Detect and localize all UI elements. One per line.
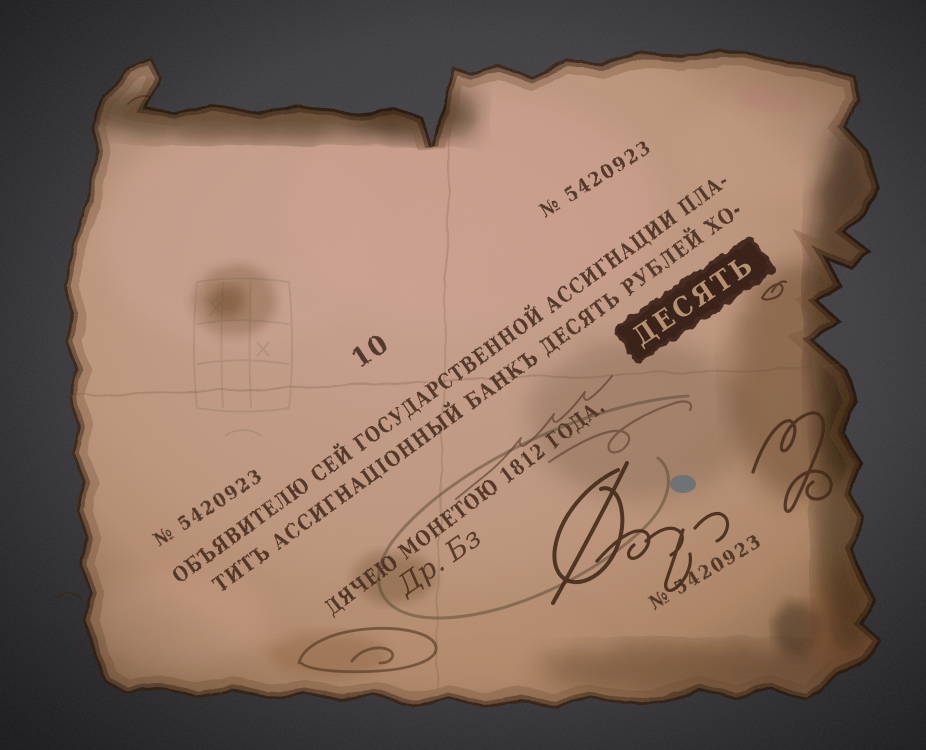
film-grain	[0, 0, 926, 750]
banknote-photograph: № 5420923 № 5420923 № 5420923 10 ОБЪЯВИТ…	[0, 0, 926, 750]
